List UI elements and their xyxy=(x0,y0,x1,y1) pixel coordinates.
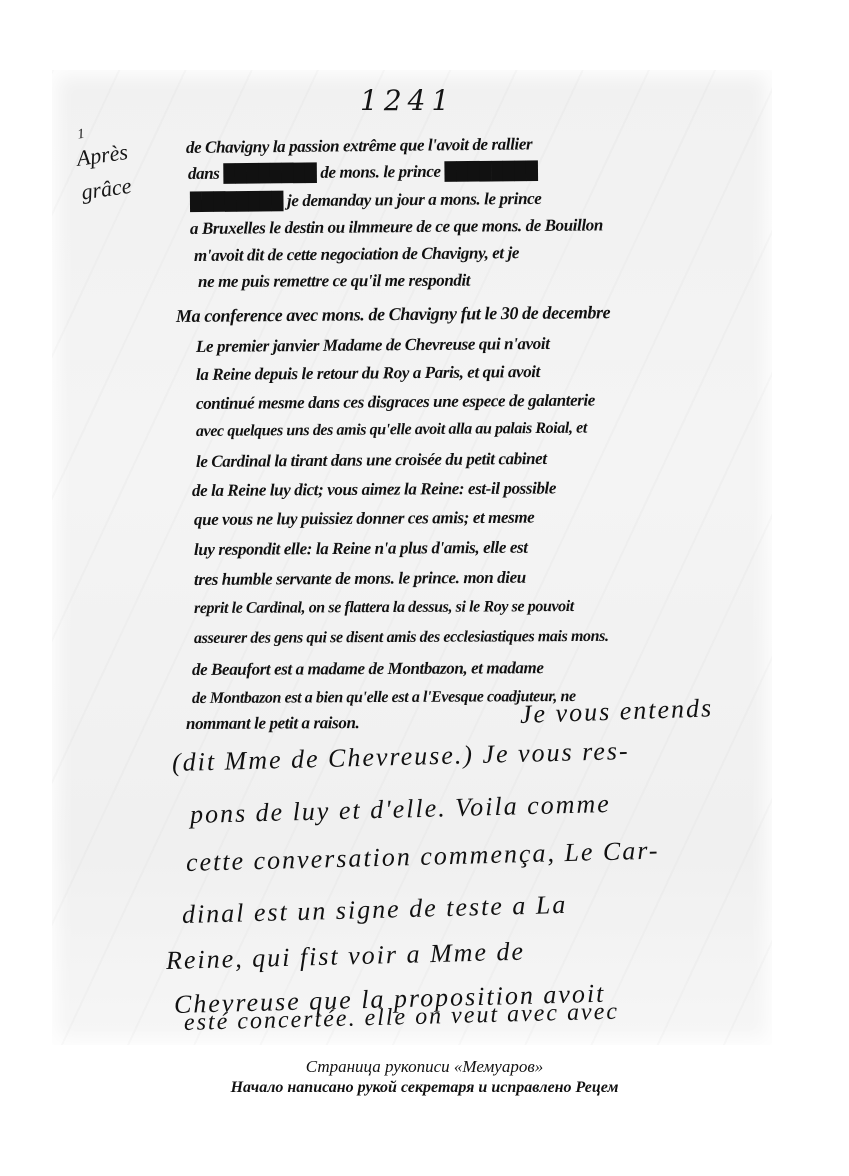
secretary-line: Ma conference avec mons. de Chavigny fut… xyxy=(176,302,610,327)
secretary-line: continué mesme dans ces disgraces une es… xyxy=(196,391,595,414)
secretary-line: que vous ne luy puissiez donner ces amis… xyxy=(194,508,534,530)
secretary-line: Le premier janvier Madame de Chevreuse q… xyxy=(196,334,550,357)
retz-line: (dit Mme de Chevreuse.) Je vous res- xyxy=(172,736,630,778)
caption-subtitle: Начало написано рукой секретаря и исправ… xyxy=(0,1078,849,1098)
manuscript-text: de Chavigny la passion extrême que l'avo… xyxy=(0,0,849,1040)
secretary-line: ████████ je demanday un jour a mons. le … xyxy=(190,189,542,212)
secretary-line: le Cardinal la tirant dans une croisée d… xyxy=(196,449,547,472)
retz-line: dinal est un signe de teste a La xyxy=(182,890,568,930)
secretary-line: asseurer des gens qui se disent amis des… xyxy=(194,628,609,648)
figure-caption: Страница рукописи «Мемуаров» Начало напи… xyxy=(0,1056,849,1098)
secretary-line: de Beaufort est a madame de Montbazon, e… xyxy=(192,658,544,680)
caption-title: Страница рукописи «Мемуаров» xyxy=(0,1056,849,1078)
secretary-line: reprit le Cardinal, on se flattera la de… xyxy=(194,598,574,618)
secretary-line: nommant le petit a raison. xyxy=(186,713,359,734)
secretary-line: de Montbazon est a bien qu'elle est a l'… xyxy=(192,688,576,708)
retz-line: Reine, qui fist voir a Mme de xyxy=(166,937,526,976)
secretary-line: dans ████████ de mons. le prince ███████… xyxy=(188,161,538,184)
secretary-line: tres humble servante de mons. le prince.… xyxy=(194,568,526,590)
secretary-line: de Chavigny la passion extrême que l'avo… xyxy=(186,134,532,158)
secretary-line: ne me puis remettre ce qu'il me respondi… xyxy=(198,271,470,292)
retz-line: pons de luy et d'elle. Voila comme xyxy=(190,789,612,830)
secretary-line: de la Reine luy dict; vous aimez la Rein… xyxy=(192,478,556,501)
secretary-line: luy respondit elle: la Reine n'a plus d'… xyxy=(194,538,528,560)
retz-line: cette conversation commença, Le Car- xyxy=(186,836,660,878)
secretary-line: la Reine depuis le retour du Roy a Paris… xyxy=(196,362,540,385)
secretary-line: m'avoit dit de cette negociation de Chav… xyxy=(194,243,519,266)
retz-line: Je vous entends xyxy=(519,693,713,730)
secretary-line: a Bruxelles le destin ou ilmmeure de ce … xyxy=(190,215,603,239)
secretary-line: avec quelques uns des amis qu'elle avoit… xyxy=(196,420,587,441)
